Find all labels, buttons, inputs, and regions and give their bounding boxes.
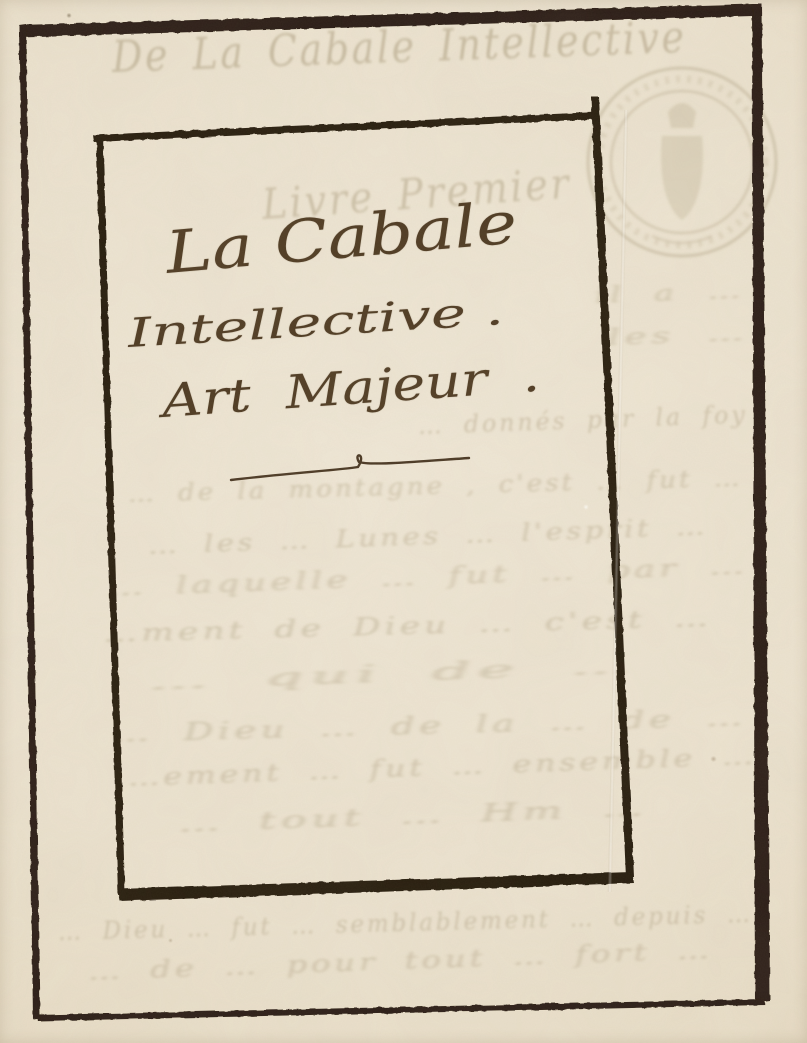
outer-border-right xyxy=(752,4,770,1003)
ink-borders xyxy=(0,0,807,1043)
outer-border-left xyxy=(19,24,40,1019)
foxing-spot xyxy=(710,756,717,762)
outer-border-top xyxy=(19,4,753,37)
foxing-spot xyxy=(66,13,72,18)
outer-border-bottom xyxy=(36,999,766,1021)
paper-speck xyxy=(583,504,589,510)
outer-border xyxy=(19,4,770,1021)
manuscript-page: De La Cabale Intellective Livre Premier … xyxy=(0,0,807,1043)
foxing-spot xyxy=(168,938,173,943)
inner-border-bottom xyxy=(118,872,634,901)
title-underline-flourish xyxy=(231,455,469,480)
inner-border-left xyxy=(96,135,125,895)
inner-border-top xyxy=(93,112,599,142)
